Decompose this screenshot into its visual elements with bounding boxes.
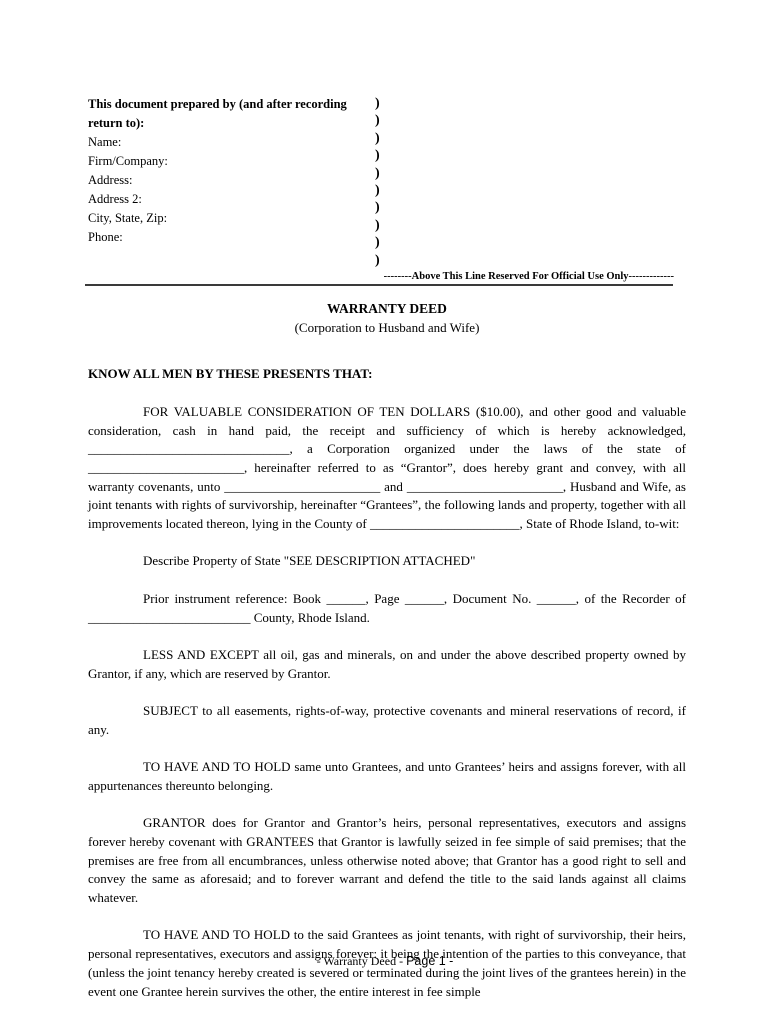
- deed-paragraph-consideration: FOR VALUABLE CONSIDERATION OF TEN DOLLAR…: [88, 403, 686, 534]
- document-title: WARRANTY DEED: [88, 300, 686, 319]
- official-use-notice: --------Above This Line Reserved For Off…: [88, 271, 686, 283]
- closing-paren: ): [375, 234, 395, 251]
- separator-rule: [85, 284, 673, 286]
- deed-paragraph-subject-to: SUBJECT to all easements, rights-of-way,…: [88, 702, 686, 739]
- field-label-address: Address:: [88, 171, 375, 190]
- document-page: This document prepared by (and after rec…: [0, 0, 770, 1024]
- field-label-phone: Phone:: [88, 228, 375, 247]
- field-label-firm: Firm/Company:: [88, 152, 375, 171]
- closing-paren: ): [375, 112, 395, 129]
- footer-page-number: Page 1 -: [406, 954, 453, 968]
- closing-paren: ): [375, 130, 395, 147]
- closing-paren: ): [375, 147, 395, 164]
- deed-paragraph-describe-property: Describe Property of State "SEE DESCRIPT…: [88, 552, 686, 571]
- closing-paren: ): [375, 95, 395, 112]
- field-label-city-state-zip: City, State, Zip:: [88, 209, 375, 228]
- prepared-by-labels: This document prepared by (and after rec…: [88, 95, 375, 269]
- field-label-address2: Address 2:: [88, 190, 375, 209]
- deed-paragraph-grantor-covenant: GRANTOR does for Grantor and Grantor’s h…: [88, 814, 686, 908]
- closing-paren: ): [375, 199, 395, 216]
- document-subtitle: (Corporation to Husband and Wife): [88, 319, 686, 338]
- prepared-by-heading-line1: This document prepared by (and after rec…: [88, 95, 375, 114]
- page-content: This document prepared by (and after rec…: [88, 95, 686, 1001]
- title-block: WARRANTY DEED (Corporation to Husband an…: [88, 300, 686, 337]
- deed-paragraph-to-have-and-hold-1: TO HAVE AND TO HOLD same unto Grantees, …: [88, 758, 686, 795]
- closing-paren: ): [375, 182, 395, 199]
- prepared-by-heading-line2: return to):: [88, 114, 375, 133]
- closing-paren: ): [375, 165, 395, 182]
- page-footer: - Warranty Deed - Page 1 -: [0, 953, 770, 969]
- field-label-name: Name:: [88, 133, 375, 152]
- bracket-column: ) ) ) ) ) ) ) ) ) ): [375, 95, 395, 269]
- closing-paren: ): [375, 217, 395, 234]
- recording-info-box: This document prepared by (and after rec…: [88, 95, 686, 269]
- footer-doc-label: - Warranty Deed -: [317, 954, 403, 968]
- deed-paragraph-less-and-except: LESS AND EXCEPT all oil, gas and mineral…: [88, 646, 686, 683]
- closing-paren: ): [375, 252, 395, 269]
- deed-paragraph-prior-instrument: Prior instrument reference: Book ______,…: [88, 590, 686, 627]
- presents-clause-heading: KNOW ALL MEN BY THESE PRESENTS THAT:: [88, 365, 686, 384]
